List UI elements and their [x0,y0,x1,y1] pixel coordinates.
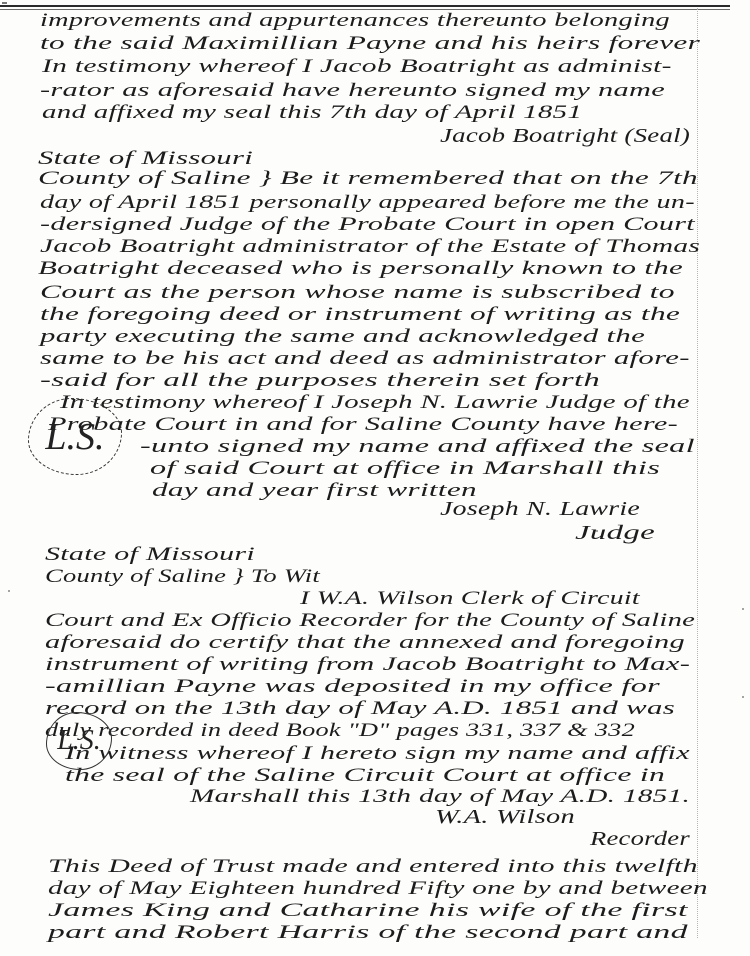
scan-speck [742,608,744,610]
seal-label: L.S. [45,415,104,459]
scan-artifact [2,2,7,4]
handwritten-line: of said Court at office in Marshall this [150,458,660,480]
handwritten-line: party executing the same and acknowledge… [40,326,645,348]
handwritten-line: Marshall this 13th day of May A.D. 1851. [190,786,690,808]
seal-label: L.S. [57,725,101,757]
right-margin-dotted-line [697,8,698,938]
scanned-document-page: improvements and appurtenances thereunto… [0,0,750,956]
scan-speck [596,530,598,532]
handwritten-line: State of Missouri [38,148,253,170]
handwritten-line: day of April 1851 personally appeared be… [40,192,695,214]
handwritten-line: I W.A. Wilson Clerk of Circuit [300,588,640,610]
handwritten-line: -dersigned Judge of the Probate Court in… [40,214,695,236]
handwritten-line: Probate Court in and for Saline County h… [48,414,678,436]
handwritten-line: In witness whereof I hereto sign my name… [65,743,690,765]
signature-line: Jacob Boatright (Seal) [440,125,690,148]
handwritten-line: This Deed of Trust made and entered into… [48,856,698,878]
handwritten-line: In testimony whereof I Joseph N. Lawrie … [60,392,690,414]
handwritten-line: In testimony whereof I Jacob Boatright a… [42,56,672,78]
handwritten-line: -said for all the purposes therein set f… [40,370,600,392]
handwritten-line: to the said Maximillian Payne and his he… [40,33,700,55]
handwritten-line: Court as the person whose name is subscr… [40,282,675,304]
signature-line: Judge [575,522,655,545]
handwritten-line: State of Missouri [45,544,255,566]
handwritten-line: -amillian Payne was deposited in my offi… [45,676,660,698]
handwritten-line: -unto signed my name and affixed the sea… [140,436,695,458]
handwritten-line: Jacob Boatright administrator of the Est… [40,236,700,258]
handwritten-line: James King and Catharine his wife of the… [48,900,688,922]
handwritten-line: County of Saline } To Wit [45,566,320,588]
scan-speck [8,590,10,592]
signature-line: Recorder [590,828,690,851]
handwritten-line: duly recorded in deed Book "D" pages 331… [45,720,635,742]
scan-speck [742,696,744,698]
handwritten-line: record on the 13th day of May A.D. 1851 … [45,698,675,720]
handwritten-line: same to be his act and deed as administr… [40,348,690,370]
handwritten-line: aforesaid do certify that the annexed an… [45,632,685,654]
handwritten-line: the seal of the Saline Circuit Court at … [65,765,665,787]
handwritten-line: improvements and appurtenances thereunto… [40,10,670,32]
handwritten-line: Boatright deceased who is personally kno… [38,258,683,280]
handwritten-line: day and year first written [152,480,477,502]
handwritten-line: and affixed my seal this 7th day of Apri… [42,102,582,124]
signature-line: W.A. Wilson [435,806,575,829]
handwritten-line: Court and Ex Officio Recorder for the Co… [45,610,695,632]
signature-line: Joseph N. Lawrie [440,498,640,521]
handwritten-line: -rator as aforesaid have hereunto signed… [40,80,665,102]
handwritten-line: County of Saline } Be it remembered that… [38,168,698,190]
handwritten-line: the foregoing deed or instrument of writ… [40,304,680,326]
handwritten-line: day of May Eighteen hundred Fifty one by… [48,878,708,900]
probate-court-seal: L.S. [28,398,122,475]
handwritten-line: instrument of writing from Jacob Boatrig… [45,654,690,676]
handwritten-line: part and Robert Harris of the second par… [48,922,688,944]
top-rule-line [0,5,730,7]
